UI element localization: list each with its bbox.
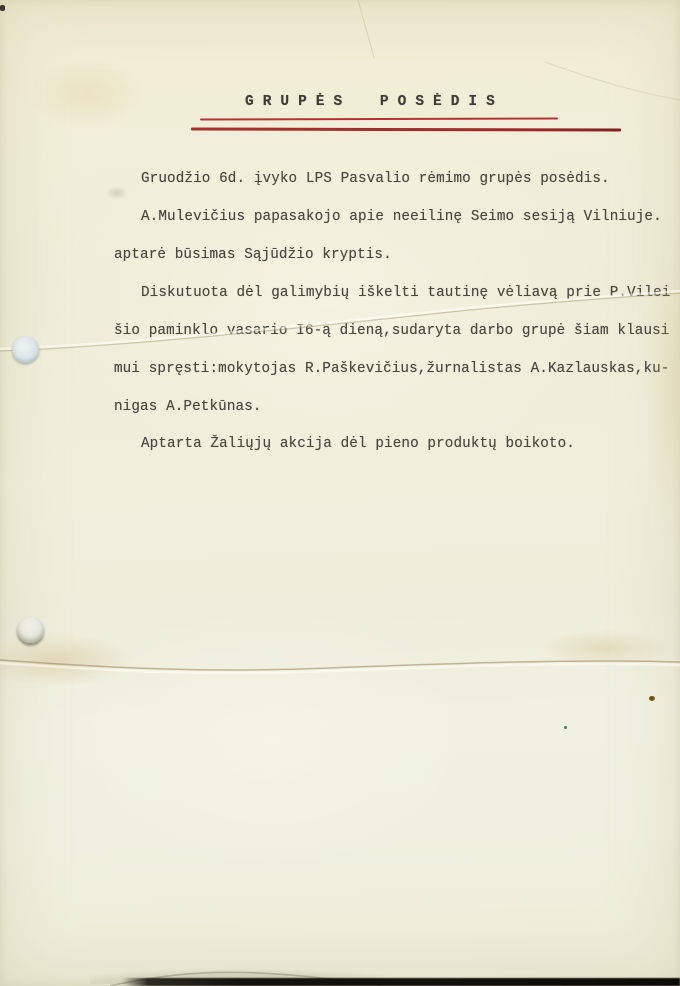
paper-stain <box>540 630 670 666</box>
hole-punch <box>12 336 39 363</box>
document-line: nigas A.Petkūnas. <box>114 397 262 417</box>
title-underline-2 <box>191 128 621 131</box>
hole-punch <box>17 616 44 643</box>
paper-creases <box>0 0 680 986</box>
scan-edge-shadow <box>122 978 680 986</box>
brown-speck <box>649 696 655 701</box>
document-title: GRUPĖS POSĖDIS <box>245 94 504 110</box>
document-line: A.Mulevičius papasakojo apie neeilinę Se… <box>141 207 662 227</box>
document-line: Aptarta Žaliųjų akcija dėl pieno produkt… <box>141 434 575 454</box>
document-line: mui spręsti:mokytojas R.Paškevičius,žurn… <box>114 359 670 379</box>
ink-speck <box>0 5 5 11</box>
document-line: aptarė būsimas Sąjūdžio kryptis. <box>114 245 392 265</box>
paper-smudge <box>106 186 128 200</box>
document-line: Diskutuota dėl galimybių iškelti tautinę… <box>141 283 670 303</box>
title-underline-1 <box>200 118 558 121</box>
document-line: šio paminklo vasario I6-ą dieną,sudaryta… <box>114 321 670 341</box>
scanned-document-page: GRUPĖS POSĖDIS Gruodžio 6d. įvyko LPS Pa… <box>0 0 680 986</box>
paper-stain <box>28 58 148 130</box>
green-speck <box>564 726 567 729</box>
document-line: Gruodžio 6d. įvyko LPS Pasvalio rėmimo g… <box>141 169 610 189</box>
paper-stain <box>0 634 132 686</box>
